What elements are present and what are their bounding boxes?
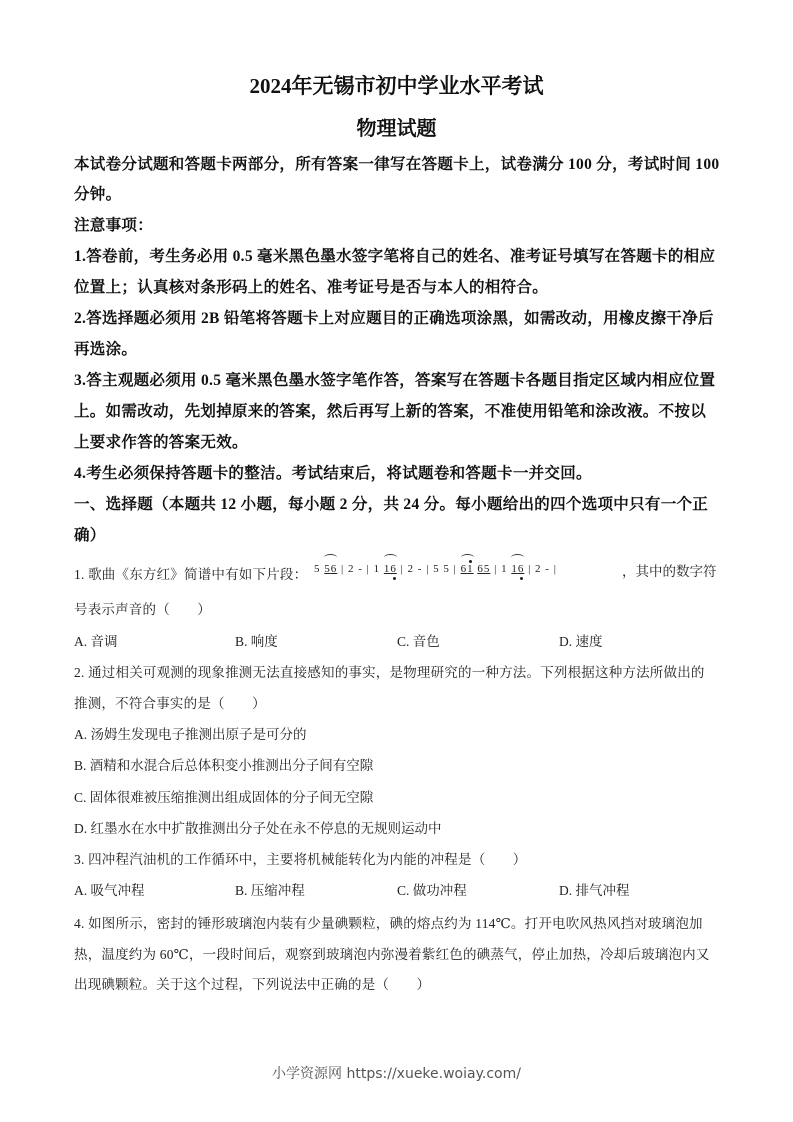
q2-option-c[interactable]: C. 固体很难被压缩推测出组成固体的分子间无空隙 xyxy=(74,786,373,806)
notice-heading: 注意事项： xyxy=(74,213,153,235)
note: 5 xyxy=(314,563,321,575)
note: 1 xyxy=(511,563,518,575)
note: 2 xyxy=(408,563,415,575)
note: 5 xyxy=(484,563,491,575)
note-group: 65 xyxy=(477,563,490,575)
section-heading-cont: 确） xyxy=(74,523,106,545)
q1-option-c[interactable]: C. 音色 xyxy=(397,630,440,650)
exam-subtitle: 物理试题 xyxy=(0,112,793,141)
note: 6 xyxy=(518,563,525,575)
q4-stem-line1: 4. 如图所示，密封的锤形玻璃泡内装有少量碘颗粒，碘的熔点约为 114℃。打开电… xyxy=(74,912,703,932)
q2-option-d[interactable]: D. 红墨水在水中扩散推测出分子处在永不停息的无规则运动中 xyxy=(74,817,442,837)
notice-line: 上。如需改动，先划掉原来的答案，然后再写上新的答案，不准使用铅笔和涂改液。不按以 xyxy=(74,399,706,421)
note: 2 xyxy=(535,563,542,575)
notice-line: 再选涂。 xyxy=(74,337,137,359)
note: 1 xyxy=(501,563,508,575)
notice-line: 1.答卷前，考生务必用 0.5 毫米黑色墨水签字笔将自己的姓名、准考证号填写在答… xyxy=(74,244,715,266)
music-notation: 5 56 | 2 - | 1 16 | 2 - | 5 5 | 61 65 | … xyxy=(314,563,557,575)
exam-page: 2024年无锡市初中学业水平考试 物理试题 本试卷分试题和答题卡两部分，所有答案… xyxy=(0,0,793,1122)
intro-line-1: 本试卷分试题和答题卡两部分，所有答案一律写在答题卡上，试卷满分 100 分，考试… xyxy=(74,152,719,174)
note: 1 xyxy=(374,563,381,575)
section-heading: 一、选择题（本题共 12 小题，每小题 2 分，共 24 分。每小题给出的四个选… xyxy=(74,492,708,514)
q2-stem-line2: 推测，不符合事实的是（ ） xyxy=(74,692,266,712)
q4-stem-line3: 出现碘颗粒。关于这个过程，下列说法中正确的是（ ） xyxy=(74,973,430,993)
note-group: 61 xyxy=(461,563,474,575)
note-group: 56 xyxy=(324,563,337,575)
note: 1 xyxy=(467,563,474,575)
q1-option-d[interactable]: D. 速度 xyxy=(559,630,603,650)
q2-stem-line1: 2. 通过相关可观测的现象推测无法直接感知的事实，是物理研究的一种方法。下列根据… xyxy=(74,661,705,681)
notice-line: 3.答主观题必须用 0.5 毫米黑色墨水签字笔作答，答案写在答题卡各题目指定区域… xyxy=(74,368,715,390)
note-group: 16 xyxy=(511,563,524,575)
notice-line: 4.考生必须保持答题卡的整洁。考试结束后，将试题卷和答题卡一并交回。 xyxy=(74,461,592,483)
note: 5 xyxy=(443,563,450,575)
note: - xyxy=(545,563,550,575)
q3-stem: 3. 四冲程汽油机的工作循环中，主要将机械能转化为内能的冲程是（ ） xyxy=(74,848,527,868)
note-group: 16 xyxy=(384,563,397,575)
note: 2 xyxy=(348,563,355,575)
note: 6 xyxy=(390,563,397,575)
intro-line-2: 分钟。 xyxy=(74,182,121,204)
q1-option-b[interactable]: B. 响度 xyxy=(235,630,278,650)
note: 6 xyxy=(331,563,338,575)
q2-option-b[interactable]: B. 酒精和水混合后总体积变小推测出分子间有空隙 xyxy=(74,754,373,774)
q3-option-c[interactable]: C. 做功冲程 xyxy=(397,879,467,899)
q1-stem-prefix: 1. 歌曲《东方红》简谱中有如下片段： xyxy=(74,563,307,583)
note: - xyxy=(418,563,423,575)
notice-line: 2.答选择题必须用 2B 铅笔将答题卡上对应题目的正确选项涂黑，如需改动，用橡皮… xyxy=(74,306,714,328)
q3-option-d[interactable]: D. 排气冲程 xyxy=(559,879,630,899)
q2-option-a[interactable]: A. 汤姆生发现电子推测出原子是可分的 xyxy=(74,723,307,743)
q1-option-a[interactable]: A. 音调 xyxy=(74,630,118,650)
exam-title: 2024年无锡市初中学业水平考试 xyxy=(0,70,793,100)
q4-stem-line2: 热，温度约为 60℃，一段时间后，观察到玻璃泡内弥漫着紫红色的碘蒸气，停止加热，… xyxy=(74,943,710,963)
note: - xyxy=(358,563,363,575)
note: 5 xyxy=(433,563,440,575)
q1-stem-line2: 号表示声音的（ ） xyxy=(74,598,211,618)
notice-line: 上要求作答的答案无效。 xyxy=(74,430,248,452)
footer-watermark: 小学资源网 https://xueke.woiay.com/ xyxy=(0,1063,793,1083)
notice-line: 位置上；认真核对条形码上的姓名、准考证号是否与本人的相符合。 xyxy=(74,275,548,297)
q1-stem-suffix: ，其中的数字符 xyxy=(622,560,717,580)
q3-option-a[interactable]: A. 吸气冲程 xyxy=(74,879,145,899)
q3-option-b[interactable]: B. 压缩冲程 xyxy=(235,879,305,899)
